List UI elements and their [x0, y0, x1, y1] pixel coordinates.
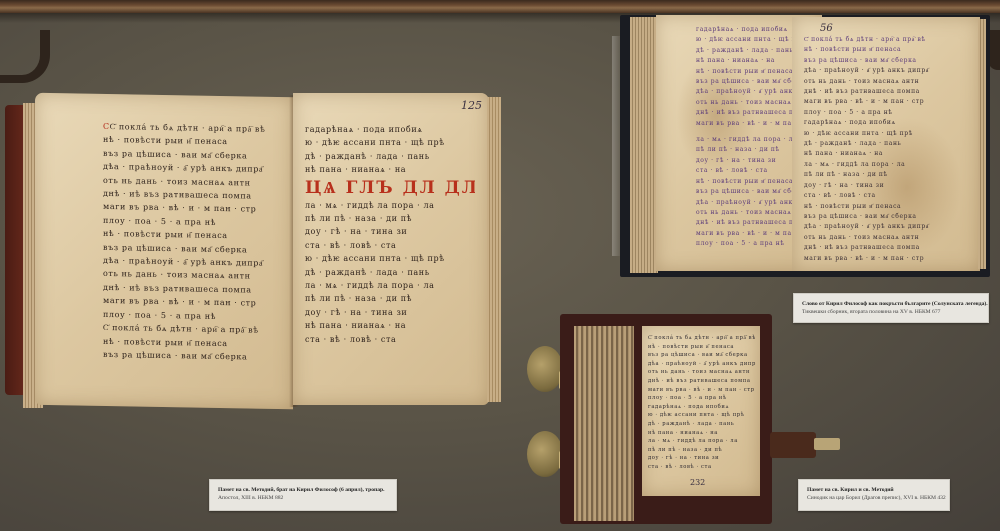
folio-number: 232	[690, 478, 705, 487]
right-page: 125 гадарѣнаѧ · пода ипобиѧ ю · дѣѥ асса…	[293, 93, 489, 405]
brass-clasp-bottom	[527, 431, 563, 477]
rubric-heading: ЦѦ ГЛЪ ДЛ ДЛ Ѯ	[305, 177, 475, 199]
folio-number: 56	[820, 23, 833, 34]
page-text: С҃ покла́ ть бѧ дѣтн · ари҇ а пра҇ вѣ нѣ…	[648, 334, 756, 472]
page-edges-right	[978, 19, 986, 269]
label-subtitle: Тиквешки сборник, втората половина на XV…	[802, 308, 980, 316]
open-page: С҃ покла́ ть бѧ дѣтн · ари҇ а пра҇ вѣ нѣ…	[642, 326, 760, 496]
right-page-text: С҃ покла́ ть бѧ дѣтн · ари҇ а пра҇ вѣ нѣ…	[804, 35, 974, 264]
brass-clasp-top	[527, 346, 563, 392]
label-title: Памет на св. Кирил и св. Методий	[807, 486, 941, 494]
left-page-text: leftСС҃ покла́ ть бѧ дѣтн · ари҇ а пра҇ …	[103, 120, 285, 364]
right-page-text: гадарѣнаѧ · пода ипобиѧ ю · дѣѥ ассани п…	[305, 123, 475, 346]
manuscript-tikveshki: гадарѣнаѧ · пода ипобиѧ ю · дѣѥ ассани п…	[620, 15, 990, 277]
label-subtitle: Синодик на цар Борил (Драгов препис), XV…	[807, 494, 941, 502]
display-case-frame	[0, 0, 1000, 13]
acrylic-stand	[612, 36, 620, 256]
page-block	[574, 326, 634, 521]
page-edges-right	[487, 97, 501, 402]
strap-buckle	[814, 438, 840, 450]
exhibit-label-apostol: Памет на св. Методий, брат на Кирил Фило…	[209, 479, 397, 511]
page-edges-left	[630, 17, 658, 273]
exhibit-label-sinodik: Памет на св. Кирил и св. Методий Синодик…	[798, 479, 950, 511]
manuscript-apostol: leftСС҃ покла́ ть бѧ дѣтн · ари҇ а пра҇ …	[5, 95, 505, 410]
label-title: Памет на св. Методий, брат на Кирил Фило…	[218, 486, 388, 494]
label-subtitle: Апостол, XIII в. НБКМ 882	[218, 494, 388, 502]
folio-number: 125	[461, 99, 482, 112]
leather-strap	[770, 432, 816, 458]
label-title: Слово от Кирил Философ как покръсти бълг…	[802, 300, 980, 308]
left-page: leftСС҃ покла́ ть бѧ дѣтн · ари҇ а пра҇ …	[35, 93, 293, 410]
exhibit-label-tikveshki: Слово от Кирил Философ как покръсти бълг…	[793, 293, 989, 323]
manuscript-sinodik: С҃ покла́ ть бѧ дѣтн · ари҇ а пра҇ вѣ нѣ…	[560, 314, 772, 524]
right-page: 56 С҃ покла́ ть бѧ дѣтн · ари҇ а пра҇ вѣ…	[792, 17, 980, 271]
case-bracket-left	[0, 30, 50, 83]
